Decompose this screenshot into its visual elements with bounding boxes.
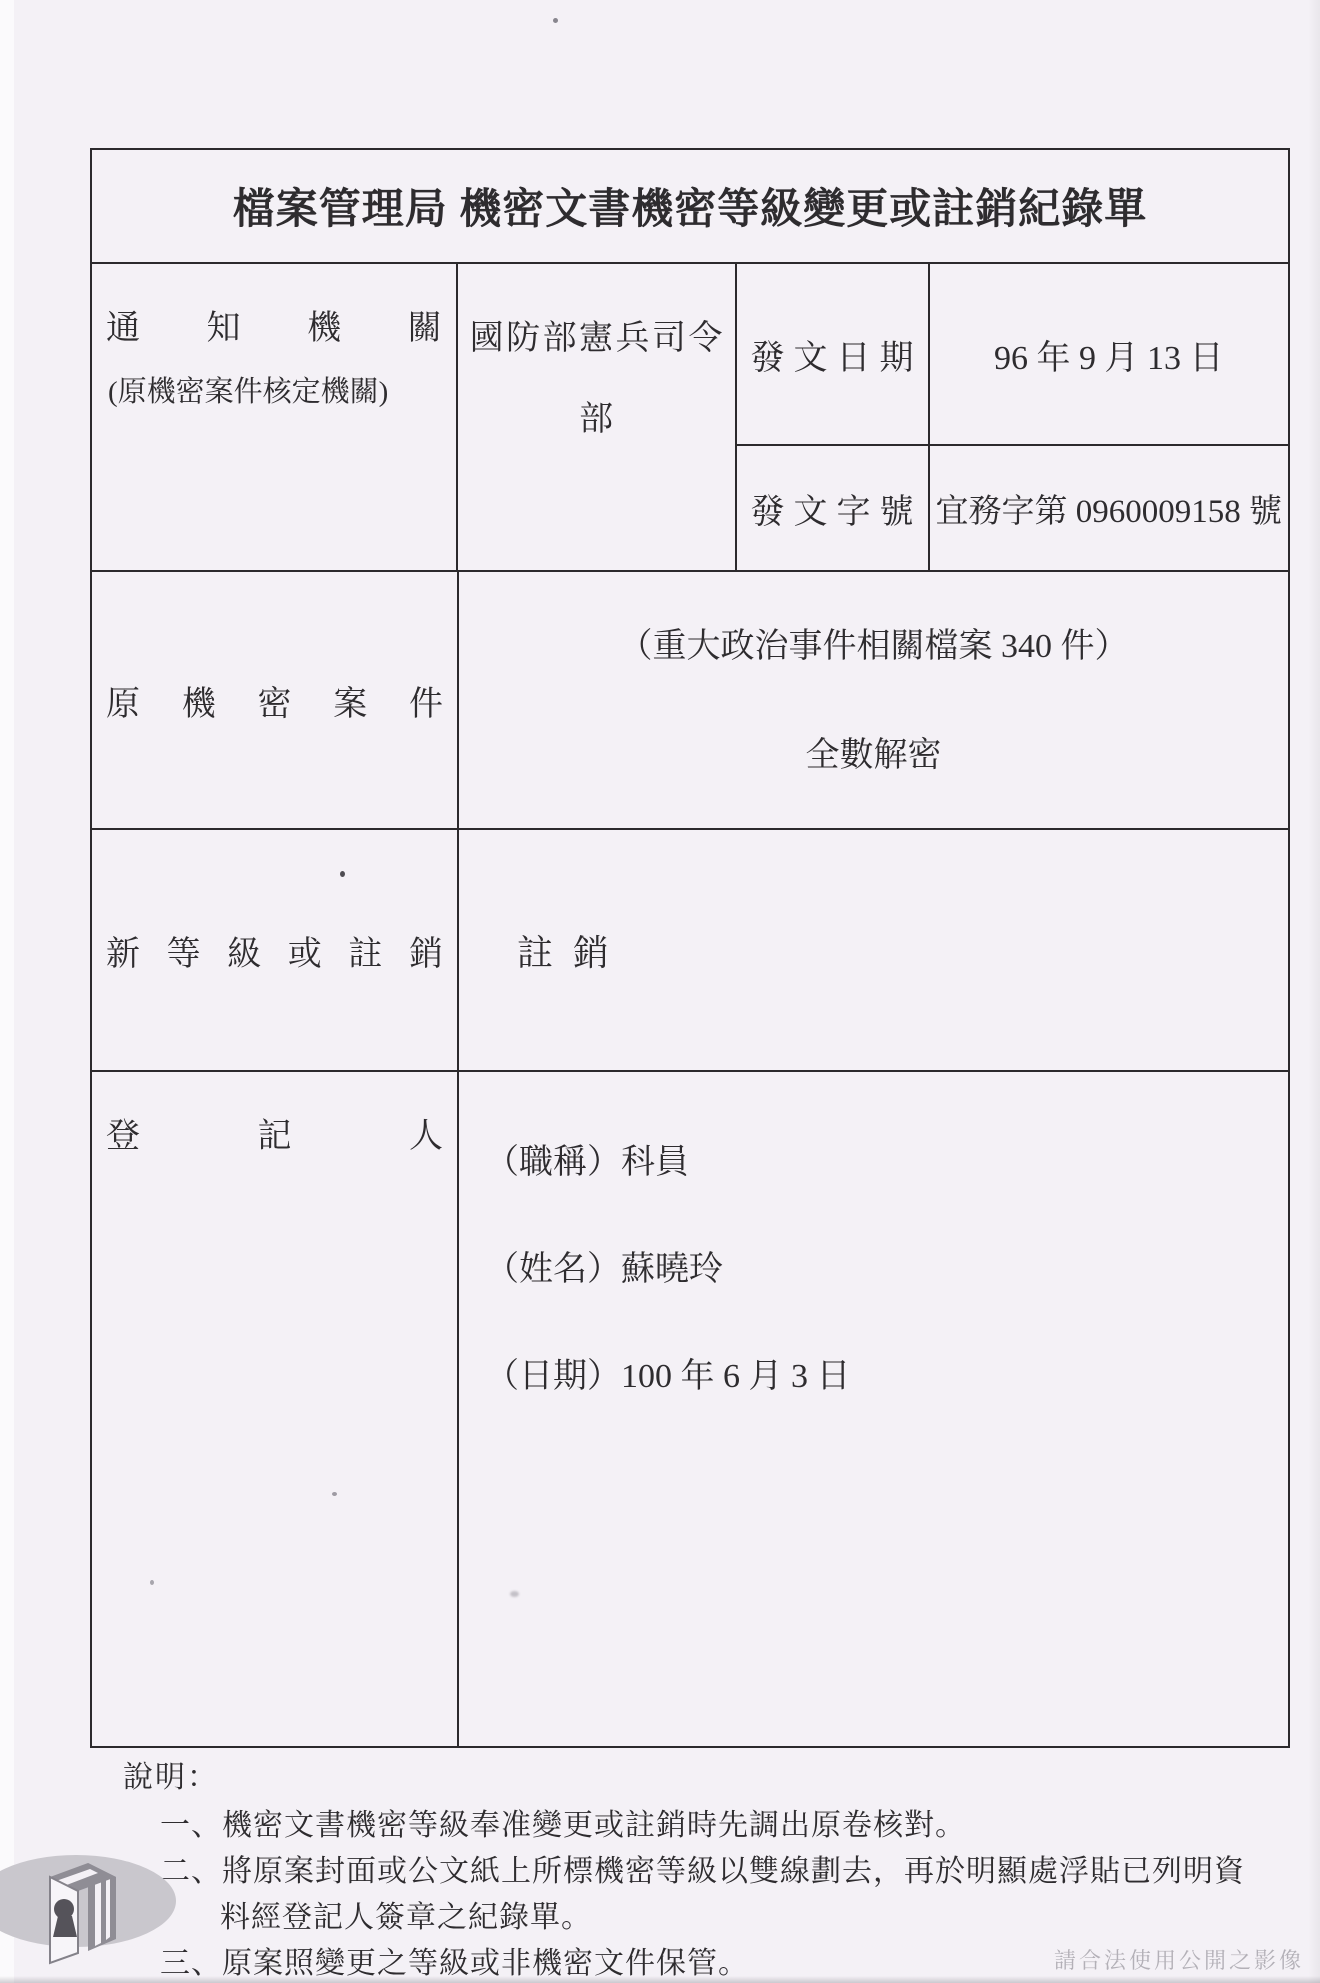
new-level-label: 新等級或註銷 <box>106 926 443 975</box>
new-level-value: 註銷 <box>517 925 629 976</box>
row-original-case: 原機密案件 （重大政治事件相關檔案 340 件） 全數解密 <box>92 572 1288 830</box>
agency-name-line2: 部 <box>458 391 735 440</box>
issue-date-row: 發文日期 96 年 9 月 13 日 <box>737 264 1289 446</box>
doc-number-value: 宜務字第 0960009158 號 <box>930 485 1289 532</box>
original-case-line2: 全數解密 <box>806 727 942 776</box>
notify-agency-sublabel: (原機密案件核定機關) <box>106 369 442 410</box>
new-level-value-cell: 註銷 <box>459 830 1288 1070</box>
doc-number-label-cell: 發文字號 <box>737 446 930 570</box>
doc-number-row: 發文字號 宜務字第 0960009158 號 <box>737 446 1289 570</box>
registrar-content: （職稱）科員 （姓名）蘇曉玲 （日期）100 年 6 月 3 日 <box>459 1072 1288 1746</box>
row-new-level: 新等級或註銷 註銷 <box>92 830 1288 1072</box>
notes-heading: 說明： <box>123 1758 1313 1798</box>
row-registrar: 登記人 （職稱）科員 （姓名）蘇曉玲 （日期）100 年 6 月 3 日 <box>92 1072 1288 1746</box>
notify-agency-label-cell: 通知機關 (原機密案件核定機關) <box>92 264 458 570</box>
scan-speck <box>332 1492 337 1496</box>
scan-speck <box>150 1580 154 1585</box>
new-level-label-cell: 新等級或註銷 <box>92 830 459 1070</box>
original-case-label-cell: 原機密案件 <box>92 572 459 828</box>
scan-edge-left <box>0 0 14 1983</box>
registrar-name-line: （姓名）蘇曉玲 <box>485 1241 1288 1290</box>
issue-date-label-cell: 發文日期 <box>737 264 930 444</box>
issue-date-label: 發文日期 <box>751 330 914 379</box>
record-form-table: 檔案管理局 機密文書機密等級變更或註銷紀錄單 通知機關 (原機密案件核定機關) … <box>90 148 1290 1748</box>
registrar-title-line: （職稱）科員 <box>485 1134 1288 1183</box>
registrar-label-cell: 登記人 <box>92 1072 459 1746</box>
archives-logo-icon <box>0 1853 194 1983</box>
form-title: 檔案管理局 機密文書機密等級變更或註銷紀錄單 <box>92 150 1288 264</box>
scan-speck <box>510 1591 519 1597</box>
registrar-label: 登記人 <box>106 1108 443 1157</box>
scan-edge-bottom <box>0 1976 1320 1983</box>
agency-name-line1: 國防部憲兵司令 <box>458 310 735 359</box>
original-case-line1: （重大政治事件相關檔案 340 件） <box>619 618 1129 667</box>
issue-date-value-cell: 96 年 9 月 13 日 <box>930 264 1289 444</box>
note-line-2-continued: 料經登記人簽章之紀錄單。 <box>220 1898 1313 1938</box>
original-case-content: （重大政治事件相關檔案 340 件） 全數解密 <box>459 572 1288 828</box>
notify-agency-label: 通知機關 <box>106 300 442 349</box>
original-case-label: 原機密案件 <box>106 676 443 725</box>
note-line-1: 一、機密文書機密等級奉准變更或註銷時先調出原卷核對。 <box>160 1806 1313 1846</box>
issue-date-value: 96 年 9 月 13 日 <box>994 330 1224 379</box>
scan-shade-right <box>1308 0 1320 1983</box>
date-number-cells: 發文日期 96 年 9 月 13 日 發文字號 宜務字第 0960009158 … <box>737 264 1289 570</box>
note-line-2: 二、將原案封面或公文紙上所標機密等級以雙線劃去，再於明顯處浮貼已列明資 <box>160 1852 1313 1892</box>
scan-speck <box>340 871 345 877</box>
watermark-text: 請合法使用公開之影像 <box>1054 1944 1304 1975</box>
agency-name-cell: 國防部憲兵司令 部 <box>458 264 737 570</box>
doc-number-value-cell: 宜務字第 0960009158 號 <box>930 446 1289 570</box>
registrar-date-line: （日期）100 年 6 月 3 日 <box>485 1348 1288 1397</box>
row-notify-agency: 通知機關 (原機密案件核定機關) 國防部憲兵司令 部 發文日期 96 年 9 月… <box>92 264 1288 572</box>
scan-speck <box>553 18 558 23</box>
doc-number-label: 發文字號 <box>751 484 914 533</box>
scanned-document-page: 檔案管理局 機密文書機密等級變更或註銷紀錄單 通知機關 (原機密案件核定機關) … <box>0 0 1320 1983</box>
